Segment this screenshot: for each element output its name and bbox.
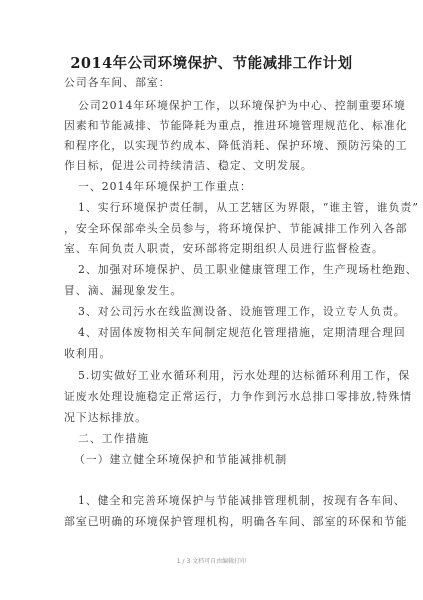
- paragraph-line: 1、实行环境保护责任制，从工艺辖区为界限，“谁主管，谁负责”: [78, 201, 354, 215]
- paragraph-line: 室、车间负责人职责，安环部将定期组织人员进行监督检查。: [64, 242, 354, 256]
- salutation: 公司各车间、部室：: [64, 76, 354, 90]
- paragraph-line: 1、健全和完善环境保护与节能减排管理机制，按现有各车间、: [78, 494, 354, 508]
- paragraph-line: 因素和节能减排、节能降耗为重点，推进环境管理规范化、标准化: [64, 119, 354, 133]
- paragraph-line: 4、对固体废物相关车间制定规范化管理措施，定期清理合理回: [78, 326, 354, 340]
- paragraph-line: 作目标，促进公司持续清洁、稳定、文明发展。: [64, 159, 354, 173]
- paragraph-line: 收利用。: [64, 347, 354, 361]
- section-heading: 二、工作措施: [78, 432, 354, 446]
- paragraph-line: 5.切实做好工业水循环利用，污水处理的达标循环利用工作，保: [78, 369, 354, 383]
- paragraph-line: ，安全环保部牵头全员参与，将环境保护、节能减排工作列入各部: [64, 222, 354, 236]
- paragraph-line: 证废水处理设施稳定正常运行，力争作到污水总排口零排放,特殊情: [64, 390, 354, 404]
- paragraph-line: 冒、滴、漏现象发生。: [64, 284, 354, 298]
- paragraph-line: 3、对公司污水在线监测设备、设施管理工作，设立专人负责。: [78, 305, 354, 319]
- document-title: 2014年公司环境保护、节能减排工作计划: [0, 52, 423, 73]
- page-footer: 1 / 3 文档可自由编辑打印: [0, 556, 423, 565]
- subsection-heading: （一）建立健全环境保护和节能减排机制: [74, 453, 354, 467]
- paragraph-line: 2、加强对环境保护、员工职业健康管理工作，生产现场杜绝跑、: [78, 263, 354, 277]
- paragraph-line: 和程序化，以实现节约成本、降低消耗、保护环境、预防污染的工: [64, 139, 354, 153]
- paragraph-line: 况下达标排放。: [64, 411, 354, 425]
- paragraph-line: 部室已明确的环境保护管理机构，明确各车间、部室的环保和节能: [64, 515, 354, 529]
- paragraph-line: 公司2014年环境保护工作，以环境保护为中心、控制重要环境: [78, 99, 354, 113]
- document-page: 2014年公司环境保护、节能减排工作计划 公司各车间、部室： 公司2014年环境…: [0, 0, 423, 600]
- section-heading: 一、2014年环境保护工作重点：: [78, 180, 354, 194]
